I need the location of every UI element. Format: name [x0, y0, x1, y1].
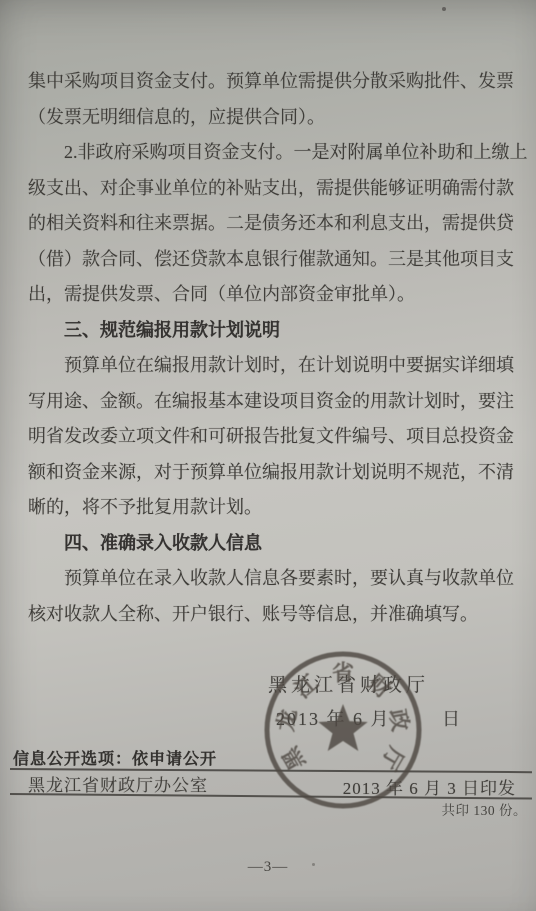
section-heading-3: 三、规范编报用款计划说明: [28, 313, 514, 349]
body-line: 级支出、对企事业单位的补贴支出，需提供能够证明确需付款: [28, 171, 514, 207]
disclosure-option-text: 信息公开选项：依申请公开: [13, 746, 217, 769]
body-line: 核对收款人全称、开户银行、账号等信息，并准确填写。: [28, 597, 514, 633]
issuing-office-text: 黑龙江省财政厅办公室: [28, 771, 208, 796]
document-photo: 集中采购项目资金支付。预算单位需提供分散采购批件、发票 （发票无明细信息的，应提…: [0, 0, 536, 911]
copies-count-text: 共印 130 份。: [442, 799, 528, 819]
body-line: 预算单位在编报用款计划时，在计划说明中要据实详细填: [28, 348, 514, 384]
page-number: —3—: [248, 859, 289, 876]
body-line: （借）款合同、偿还贷款本息银行催款通知。三是其他项目支: [28, 242, 514, 278]
section-heading-4: 四、准确录入收款人信息: [28, 526, 514, 562]
body-line: 的相关资料和往来票据。二是债务还本和利息支出，需提供贷: [28, 206, 514, 242]
body-line: 晰的，将不予批复用款计划。: [28, 490, 514, 526]
body-line: 明省发改委立项文件和可研报告批复文件编号、项目总投资金: [28, 419, 514, 455]
body-line: 集中采购项目资金支付。预算单位需提供分散采购批件、发票: [28, 64, 514, 100]
body-line: （发票无明细信息的，应提供合同）。: [28, 100, 514, 136]
dust-speck: [442, 7, 446, 11]
body-line: 出，需提供发票、合同（单位内部资金审批单）。: [28, 277, 514, 313]
seal-char: 财: [363, 670, 396, 703]
body-line: 写用途、金额。在编报基本建设项目资金的用款计划时，要注: [28, 384, 514, 420]
official-seal: 黑 龙 江 省 财 政 厅: [258, 645, 428, 815]
body-line: 额和资金来源，对于预算单位编报用款计划说明不规范，不清: [28, 455, 514, 491]
seal-char: 龙: [273, 707, 301, 733]
signature-date-day-char: 日: [442, 705, 462, 731]
seal-char: 黑: [277, 742, 310, 774]
document-body: 集中采购项目资金支付。预算单位需提供分散采购批件、发票 （发票无明细信息的，应提…: [28, 64, 514, 632]
body-line: 2.非政府采购项目资金支付。一是对附属单位补助和上缴上: [28, 135, 514, 171]
body-line: 预算单位在录入收款人信息各要素时，要认真与收款单位: [28, 561, 514, 597]
seal-char: 厅: [376, 743, 409, 775]
seal-char: 省: [332, 661, 354, 686]
seal-char: 政: [385, 707, 413, 733]
star-icon: [318, 704, 367, 751]
dust-speck: [312, 863, 315, 866]
